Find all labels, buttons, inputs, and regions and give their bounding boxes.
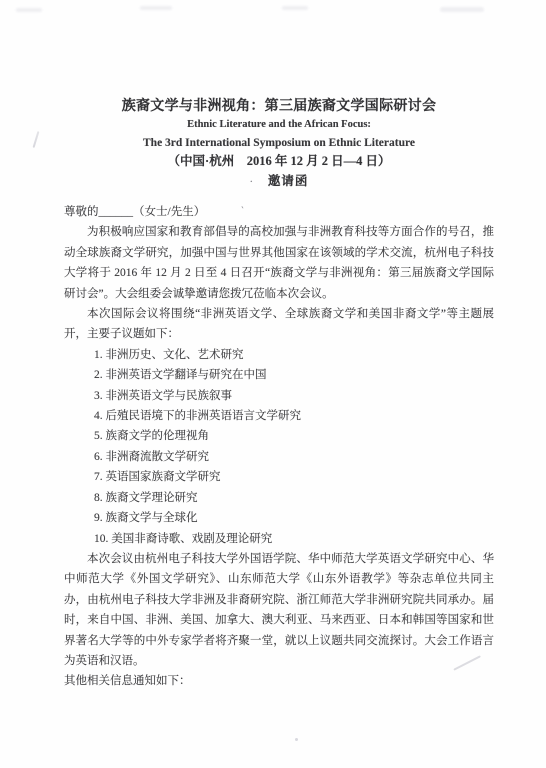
paragraph-themes: 本次国际会议将围绕“非洲英语文学、全球族裔文学和美国非裔文学”等主题展开，主要子… [64,304,494,345]
venue-date-line: （中国·杭州 2016 年 12 月 2 日—4 日） [64,151,494,169]
topic-item: 9. 族裔文学与全球化 [94,508,494,528]
topic-item: 2. 非洲英语文学翻译与研究在中国 [94,365,494,385]
invitation-heading-text: 邀请函 [268,174,309,188]
scanned-invitation-page: 族裔文学与非洲视角：第三届族裔文学国际研讨会 Ethnic Literature… [0,0,546,768]
topic-item: 10. 美国非裔诗歌、戏剧及理论研究 [94,529,494,549]
conference-title-cn: 族裔文学与非洲视角：第三届族裔文学国际研讨会 [64,95,494,115]
conference-title-en-symposium: The 3rd International Symposium on Ethni… [64,137,494,149]
salutation-text: 尊敬的______（女士/先生） [64,206,205,218]
scan-smudge [16,8,42,12]
paragraph-organizers: 本次会议由杭州电子科技大学外国语学院、华中师范大学英语文学研究中心、华中师范大学… [64,549,494,671]
stray-tick-mark: ‵ [241,206,243,217]
other-info-line: 其他相关信息通知如下： [64,671,494,691]
sub-topics-list: 1. 非洲历史、文化、艺术研究 2. 非洲英语文学翻译与研究在中国 3. 非洲英… [64,345,494,549]
invitation-heading: ·邀请函 [64,171,494,189]
scan-smudge [140,6,172,10]
topic-item: 4. 后殖民语境下的非洲英语语言文学研究 [94,406,494,426]
paragraph-opening: 为积极响应国家和教育部倡导的高校加强与非洲教育科技等方面合作的号召，推动全球族裔… [64,222,494,304]
topic-item: 8. 族裔文学理论研究 [94,488,494,508]
pen-slash-artifact [33,131,40,148]
scan-dot-artifact [295,738,298,741]
invitation-letter: 族裔文学与非洲视角：第三届族裔文学国际研讨会 Ethnic Literature… [64,95,494,692]
topic-item: 6. 非洲裔流散文学研究 [94,447,494,467]
scan-smudge [440,7,484,12]
topic-item: 5. 族裔文学的伦理视角 [94,426,494,446]
topic-item: 1. 非洲历史、文化、艺术研究 [94,345,494,365]
stray-dot-mark: · [250,177,268,188]
scan-smudge [282,6,308,10]
letter-body: 为积极响应国家和教育部倡导的高校加强与非洲教育科技等方面合作的号召，推动全球族裔… [64,222,494,691]
topic-item: 7. 英语国家族裔文学研究 [94,467,494,487]
topic-item: 3. 非洲英语文学与民族叙事 [94,386,494,406]
salutation-line: 尊敬的______（女士/先生）‵ [64,202,494,222]
conference-title-en-focus: Ethnic Literature and the African Focus: [64,119,494,130]
